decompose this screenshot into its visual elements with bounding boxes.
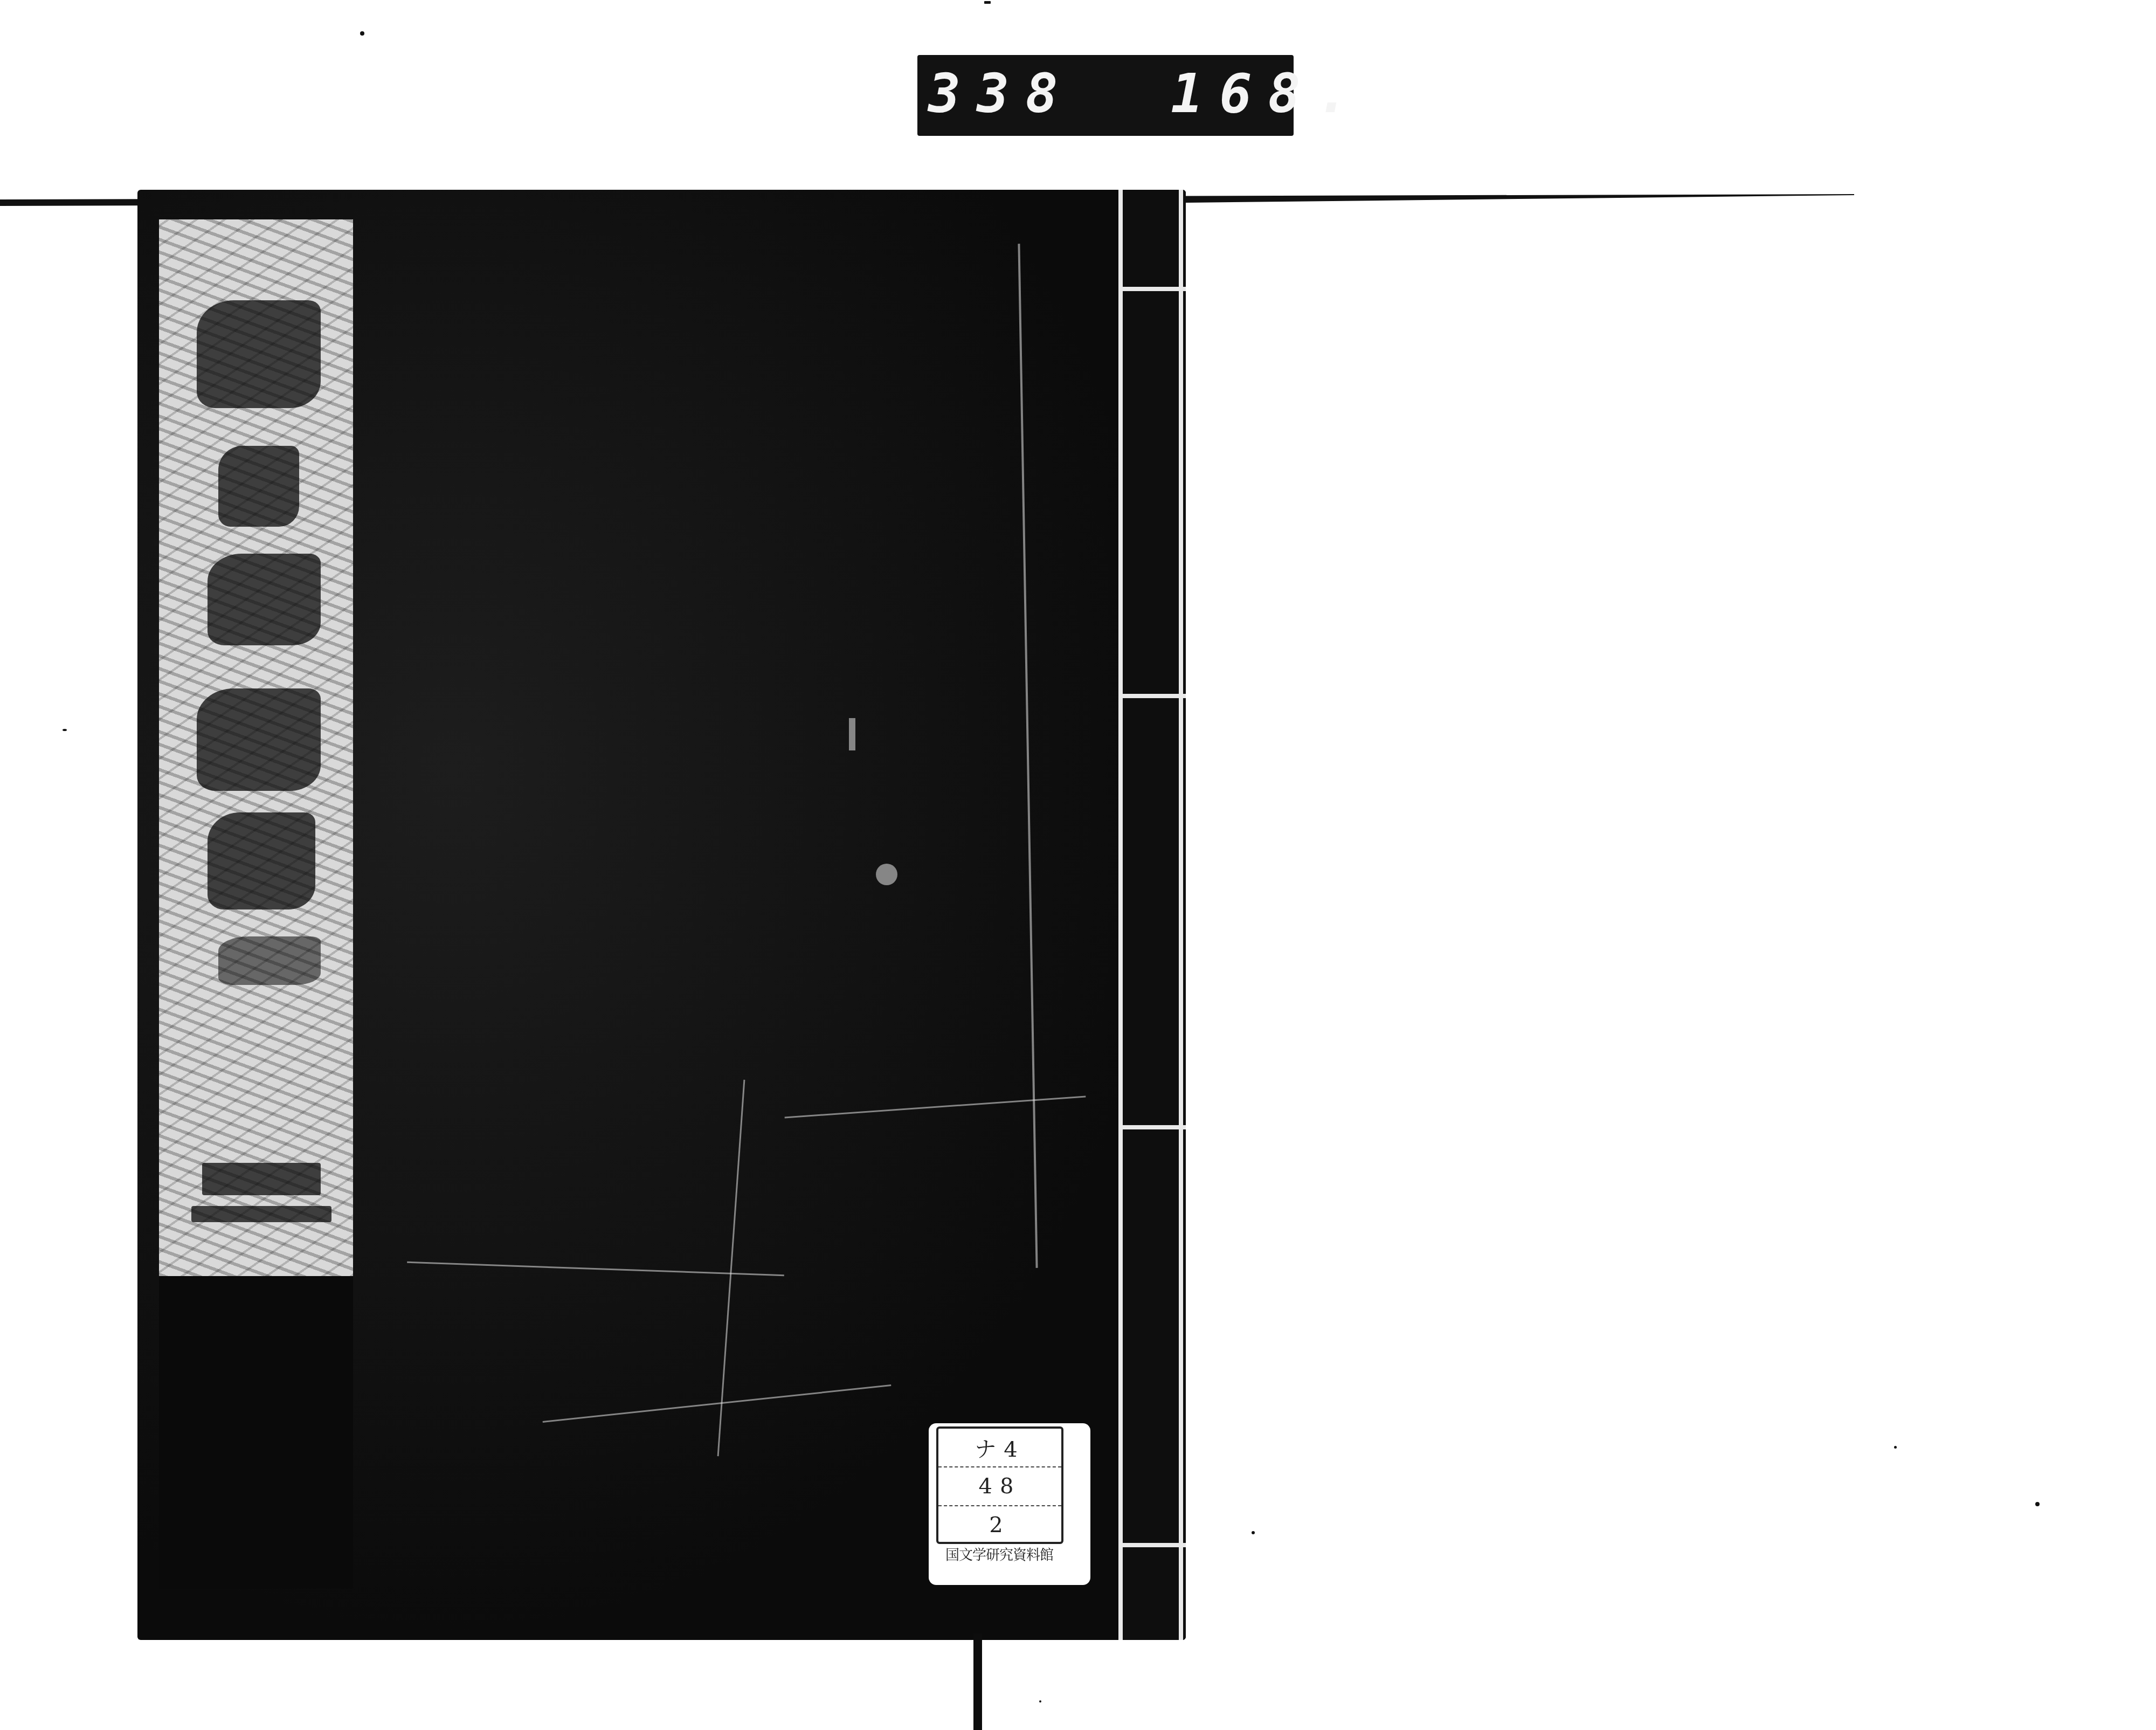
cover-crack [876,864,897,885]
binding-stitch [1118,694,1186,698]
call-number-box: ナ4 48 2 [936,1426,1063,1544]
book-spine [1118,190,1186,1640]
spine-line [1179,190,1183,1640]
title-glyph [218,936,321,985]
institution-name: 国文学研究資料館 [932,1544,1067,1564]
call-number-row: ナ4 [938,1429,1061,1467]
binding-stitch [1118,1543,1186,1547]
title-glyph [218,446,299,527]
cover-crack [1018,244,1038,1268]
binding-stitch [1118,1125,1186,1129]
counter-right-value: 168. [1171,67,1365,121]
scan-speck [1039,1700,1041,1703]
spine-line [1118,190,1123,1640]
scan-speck [1252,1531,1255,1534]
call-number-row: 2 [938,1506,1061,1544]
title-glyph [208,812,315,909]
cover-crack [785,1095,1086,1118]
book-cover: ナ4 48 2 国文学研究資料館 [137,190,1186,1640]
scan-speck [2035,1502,2040,1506]
scan-speck [1894,1446,1897,1449]
cover-crack [407,1262,784,1276]
title-glyph [197,300,321,408]
call-number-row: 48 [938,1467,1061,1506]
title-slip [159,219,353,1276]
title-glyph [191,1206,331,1222]
title-glyph [202,1163,321,1195]
library-label: ナ4 48 2 国文学研究資料館 [929,1423,1090,1585]
cover-crack [849,718,855,750]
cover-crack [543,1384,892,1423]
binding-stitch [1118,287,1186,291]
scan-speck [360,31,364,36]
scan-speck [984,1,991,4]
title-glyph [197,688,321,791]
cover-lower-panel [159,1276,353,1589]
frame-counter: 338 168. [917,55,1294,136]
counter-left-value: 338 [928,67,1074,121]
scan-speck [63,729,67,731]
title-glyph [208,554,321,645]
vertical-marker [973,1633,982,1730]
